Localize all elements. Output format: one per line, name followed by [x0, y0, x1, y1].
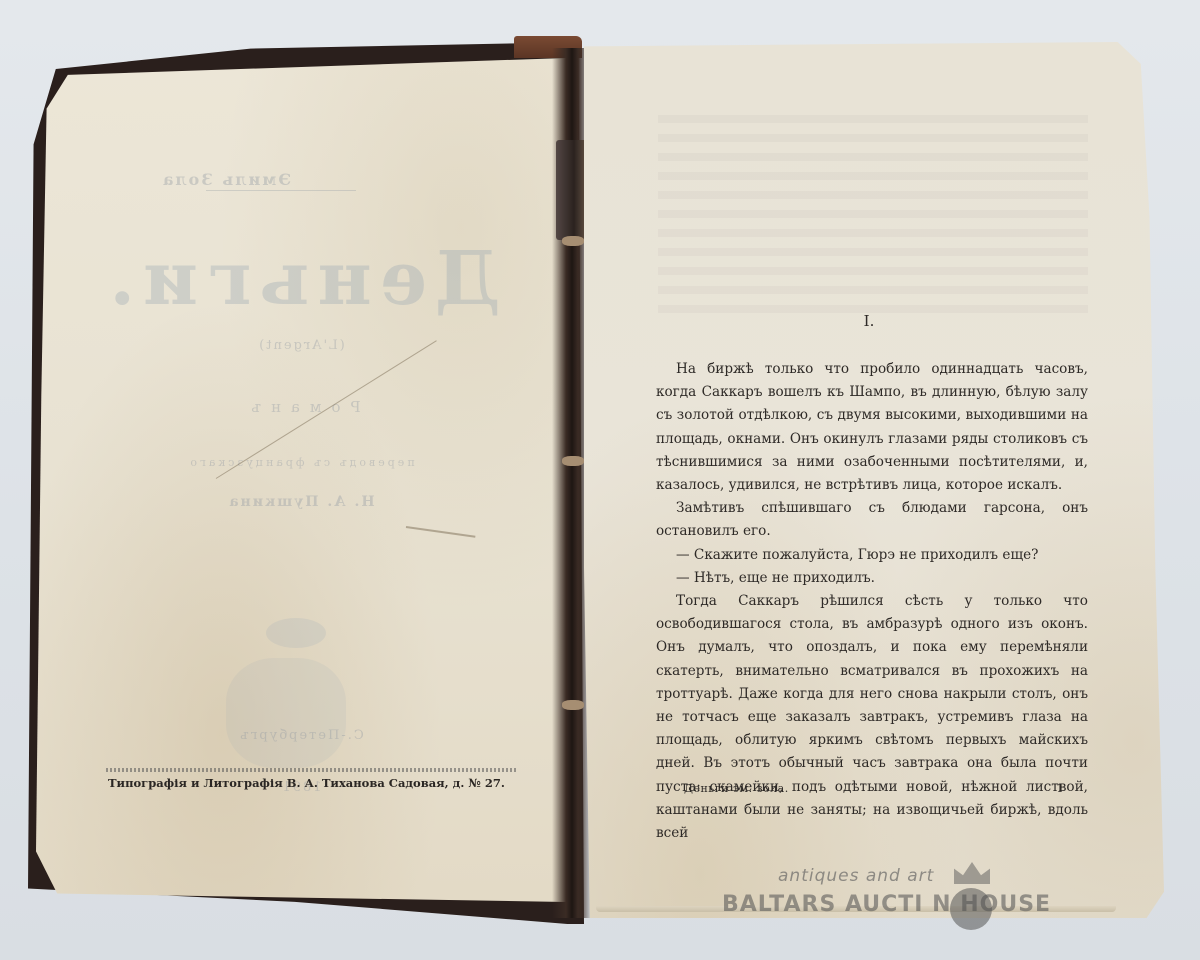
- bleed-through-lines: [658, 104, 1088, 313]
- bleed-through-genre: Романъ: [36, 398, 566, 416]
- paragraph: На биржѣ только что пробило одиннадцать …: [656, 358, 1088, 497]
- bleed-through-vignette-icon: [226, 658, 346, 768]
- photo-scene: Эмиль Зола Деньги. (L'Argent) Романъ пер…: [0, 0, 1200, 960]
- paper-tear: [406, 526, 476, 538]
- page-footer: Деньги эм. зола. 1: [684, 782, 1064, 795]
- binding-stitch: [562, 236, 584, 246]
- bleed-through-ornament-icon: [266, 618, 326, 648]
- bleed-through-original-title: (L'Argent): [36, 338, 566, 353]
- bleed-through-translator: Н. А. Пушкина: [36, 494, 566, 510]
- left-flyleaf-page: Эмиль Зола Деньги. (L'Argent) Романъ пер…: [36, 58, 566, 902]
- paragraph: Замѣтивъ спѣшившаго съ блюдами гарсона, …: [656, 497, 1088, 543]
- dialogue-line: — Скажите пожалуйста, Гюрэ не приходилъ …: [656, 544, 1088, 567]
- bleed-through-author: Эмиль Зола: [76, 170, 376, 189]
- page-number: 1: [1057, 782, 1065, 795]
- paragraph: Тогда Саккаръ рѣшился сѣсть у только что…: [656, 590, 1088, 845]
- dialogue-line: — Нѣтъ, еще не приходилъ.: [656, 567, 1088, 590]
- bleed-through-title: Деньги.: [36, 236, 566, 322]
- binding-stitch: [562, 456, 584, 466]
- chapter-body: На биржѣ только что пробило одиннадцать …: [656, 358, 1088, 845]
- page-block-edge: [596, 906, 1116, 912]
- imprint-divider: [106, 768, 518, 772]
- bleed-through-translation-note: переводъ съ французскаго: [36, 456, 566, 469]
- right-text-page: I. На биржѣ только что пробило одиннадца…: [584, 42, 1164, 918]
- bleed-through-city: С.-Петербургъ: [36, 728, 566, 743]
- bleed-through-rule: [206, 190, 356, 191]
- printer-imprint: Типографія и Литографія В. А. Тиханова С…: [108, 776, 528, 790]
- binding-stitch: [562, 700, 584, 710]
- chapter-number: I.: [584, 312, 1154, 330]
- signature-mark: Деньги эм. зола.: [684, 782, 789, 795]
